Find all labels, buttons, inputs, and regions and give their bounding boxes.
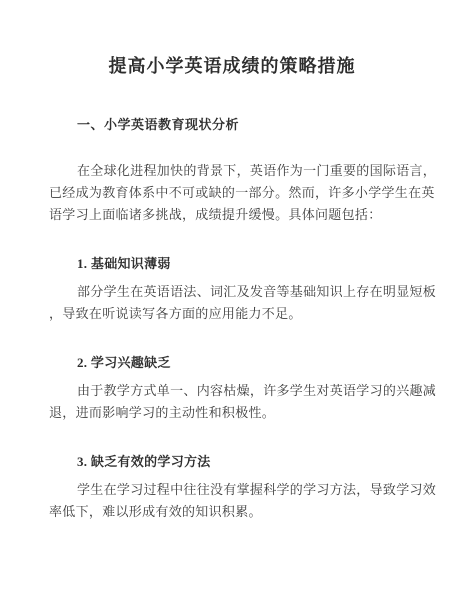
subsection-heading: 3. 缺乏有效的学习方法 [49,451,415,473]
paragraph-line: ，导致在听说读写各方面的应用能力不足。 [49,303,415,325]
intro-paragraph: 在全球化进程加快的背景下，英语作为一门重要的国际语言， 已经成为教育体系中不可或… [49,160,415,226]
subsection-weak-foundation: 1. 基础知识薄弱 部分学生在英语语法、词汇及发音等基础知识上存在明显短板 ，导… [49,253,415,325]
subsection-paragraph: 由于教学方式单一、内容枯燥，许多学生对英语学习的兴趣减 退，进而影响学习的主动性… [49,380,415,424]
subsection-paragraph: 学生在学习过程中往往没有掌握科学的学习方法，导致学习效 率低下，难以形成有效的知… [49,479,415,523]
subsection-paragraph: 部分学生在英语语法、词汇及发音等基础知识上存在明显短板 ，导致在听说读写各方面的… [49,281,415,325]
paragraph-line: 率低下，难以形成有效的知识积累。 [49,501,415,523]
subsection-lack-of-methods: 3. 缺乏有效的学习方法 学生在学习过程中往往没有掌握科学的学习方法，导致学习效… [49,451,415,523]
document-page: 提高小学英语成绩的策略措施 一、小学英语教育现状分析 在全球化进程加快的背景下，… [0,0,463,600]
document-title: 提高小学英语成绩的策略措施 [49,54,415,78]
paragraph-line: 由于教学方式单一、内容枯燥，许多学生对英语学习的兴趣减 [49,380,415,402]
paragraph-line: 已经成为教育体系中不可或缺的一部分。然而，许多小学学生在英 [49,182,415,204]
subsection-lack-of-interest: 2. 学习兴趣缺乏 由于教学方式单一、内容枯燥，许多学生对英语学习的兴趣减 退，… [49,352,415,424]
subsection-heading: 2. 学习兴趣缺乏 [49,352,415,374]
paragraph-line: 退，进而影响学习的主动性和积极性。 [49,402,415,424]
paragraph-line: 在全球化进程加快的背景下，英语作为一门重要的国际语言， [49,160,415,182]
section-heading: 一、小学英语教育现状分析 [49,114,415,136]
document-content: 提高小学英语成绩的策略措施 一、小学英语教育现状分析 在全球化进程加快的背景下，… [0,0,463,523]
paragraph-line: 语学习上面临诸多挑战，成绩提升缓慢。具体问题包括： [49,204,415,226]
paragraph-line: 部分学生在英语语法、词汇及发音等基础知识上存在明显短板 [49,281,415,303]
paragraph-line: 学生在学习过程中往往没有掌握科学的学习方法，导致学习效 [49,479,415,501]
subsection-heading: 1. 基础知识薄弱 [49,253,415,275]
